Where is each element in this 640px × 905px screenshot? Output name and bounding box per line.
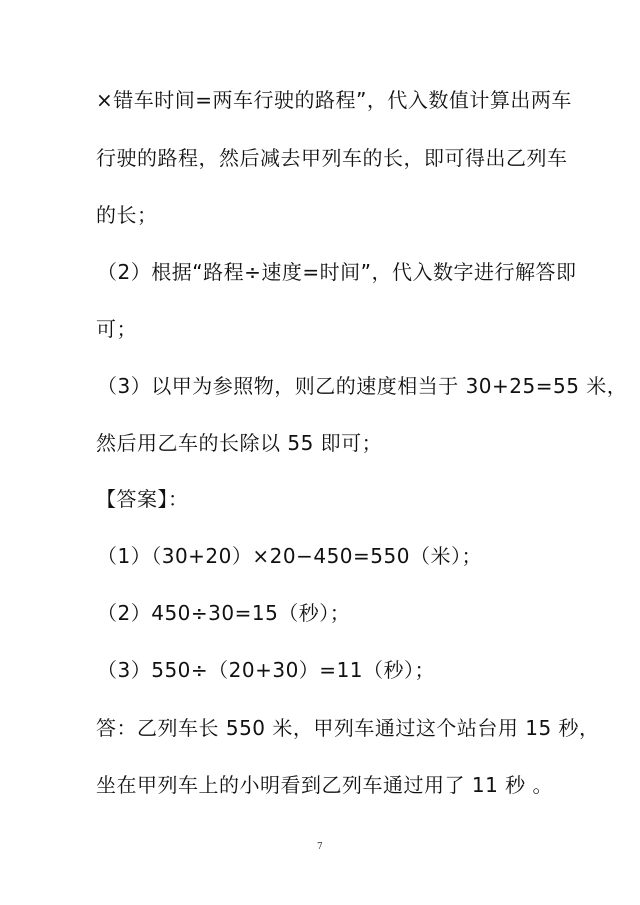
page-number: 7	[317, 842, 323, 852]
text-line: 的长；	[96, 203, 158, 227]
document-page: ×错车时间=两车行驶的路程”，代入数值计算出两车 行驶的路程，然后减去甲列车的长…	[0, 0, 640, 905]
answer-line-2: （2）450÷30=15（秒）；	[97, 601, 350, 625]
conclusion-line-1: 答：乙列车长 550 米，甲列车通过这个站台用 15 秒，	[96, 716, 600, 740]
text-line: 然后用乙车的长除以 55 即可；	[96, 431, 382, 455]
conclusion-line-2: 坐在甲列车上的小明看到乙列车通过用了 11 秒 。	[96, 773, 553, 797]
answer-heading: 【答案】：	[96, 487, 189, 511]
text-line: 行驶的路程，然后减去甲列车的长，即可得出乙列车	[96, 146, 568, 170]
text-line-formula-continuation: ×错车时间=两车行驶的路程”，代入数值计算出两车	[96, 88, 572, 112]
answer-line-3: （3）550÷（20+30）=11（秒）；	[97, 658, 435, 682]
text-line: 可；	[96, 317, 137, 341]
text-line-step-2: （2）根据“路程÷速度=时间”，代入数字进行解答即	[97, 260, 576, 284]
text-line-step-3: （3）以甲为参照物，则乙的速度相当于 30+25=55 米，	[97, 374, 627, 398]
answer-line-1: （1）（30+20）×20−450=550（米）；	[97, 544, 482, 568]
